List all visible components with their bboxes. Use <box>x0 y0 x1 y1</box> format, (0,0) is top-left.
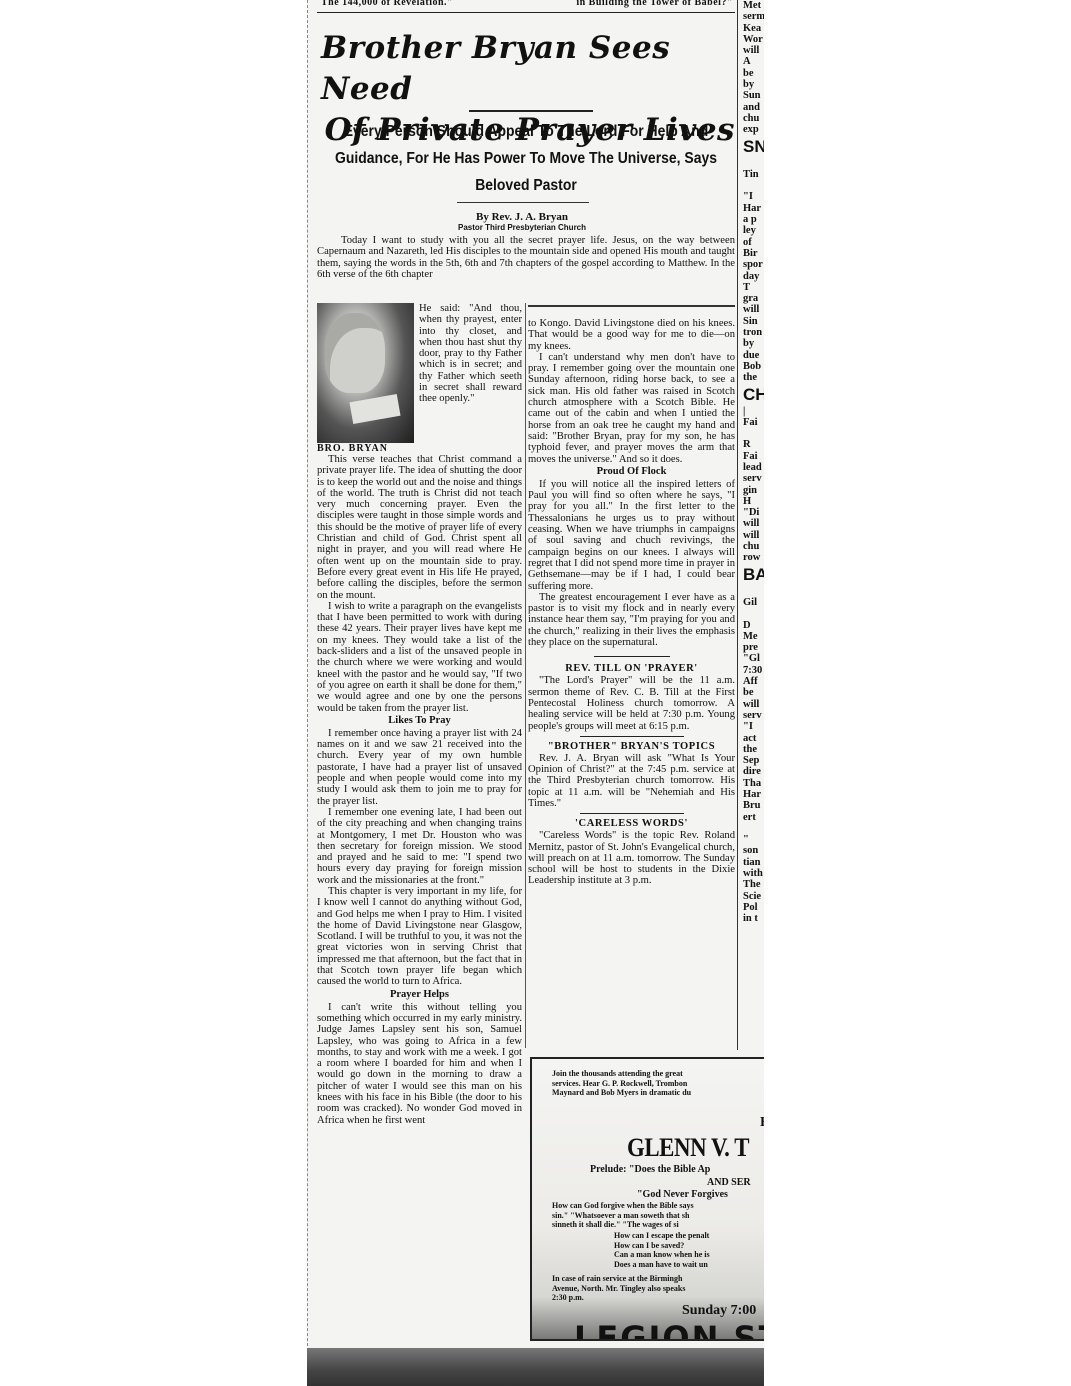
adjacent-fragment: act <box>743 733 764 744</box>
adjacent-fragment: serv <box>743 710 764 721</box>
adjacent-fragment: Sin <box>743 316 764 327</box>
brief-divider <box>580 736 684 737</box>
adjacent-fragment: CH <box>743 384 764 406</box>
adjacent-fragment: the <box>743 744 764 755</box>
adjacent-fragment: be <box>743 68 764 79</box>
ad-time: Sunday 7:00 <box>682 1303 756 1319</box>
ad-question: Does a man have to wait un <box>614 1260 710 1270</box>
ad-intro-line: Maynard and Bob Myers in dramatic du <box>552 1088 764 1098</box>
subhead-likes-to-pray: Likes To Pray <box>317 715 522 727</box>
paragraph: I can't write this without telling you s… <box>317 1002 522 1126</box>
adjacent-fragment: son <box>743 845 764 856</box>
adjacent-fragment: Wor <box>743 34 764 45</box>
adjacent-fragment: Tha <box>743 778 764 789</box>
adjacent-fragment: with <box>743 868 764 879</box>
adjacent-fragment: A <box>743 56 764 67</box>
newspaper-clipping: The 144,000 of Revelation." in Building … <box>307 0 764 1386</box>
adjacent-fragment: Aff <box>743 676 764 687</box>
adjacent-fragment: ley <box>743 225 764 236</box>
adjacent-fragment: chu <box>743 113 764 124</box>
adjacent-fragment: Pol <box>743 902 764 913</box>
adjacent-fragment: Bob <box>743 361 764 372</box>
adjacent-fragment: Kea <box>743 23 764 34</box>
byline-rule <box>457 202 589 203</box>
ad-rain-notice: In case of rain service at the Birmingh … <box>552 1274 686 1303</box>
adjacent-fragment: the <box>743 372 764 383</box>
adjacent-fragment: Har <box>743 789 764 800</box>
brief-headline: REV. TILL ON 'PRAYER' <box>528 663 735 675</box>
adjacent-fragment: tron <box>743 327 764 338</box>
adjacent-fragment: lead <box>743 462 764 473</box>
adjacent-fragment: Sep <box>743 755 764 766</box>
ad-line: 2:30 p.m. <box>552 1293 686 1303</box>
adjacent-fragment: spor <box>743 259 764 270</box>
ad-speaker-name: GLENN V. T <box>627 1133 749 1163</box>
previous-article-fragments: The 144,000 of Revelation." in Building … <box>321 0 733 12</box>
adjacent-fragment: dire <box>743 766 764 777</box>
ad-line: How can God forgive when the Bible says <box>552 1201 694 1211</box>
top-left-fragment: The 144,000 of Revelation." <box>321 0 453 12</box>
brief-headline: "BROTHER" BRYAN'S TOPICS <box>528 741 735 753</box>
adjacent-fragment: "I <box>743 191 764 202</box>
portrait-figure: BRO. BRYAN <box>317 303 414 454</box>
adjacent-fragment: be <box>743 687 764 698</box>
brief-headline: 'CARELESS WORDS' <box>528 818 735 830</box>
adjacent-fragment: Me <box>743 631 764 642</box>
ad-hear: Hear <box>760 1115 764 1131</box>
column-separator <box>525 303 526 1048</box>
adjacent-fragment: a p <box>743 214 764 225</box>
headline-rule <box>469 110 593 112</box>
adjacent-fragment: gra <box>743 293 764 304</box>
ad-content: Join the thousands attending the great s… <box>552 1069 764 1098</box>
brief-till: REV. TILL ON 'PRAYER' "The Lord's Prayer… <box>528 663 735 731</box>
ad-intro-line: services. Hear G. P. Rockwell, Trombon <box>552 1079 764 1089</box>
ad-question: How can I be saved? <box>614 1241 710 1251</box>
adjacent-fragment <box>743 428 764 439</box>
adjacent-fragment: Gil <box>743 597 764 608</box>
scan-shadow <box>307 1348 764 1386</box>
adjacent-fragment: | <box>743 406 764 417</box>
ad-line: sinneth it shall die." "The wages of si <box>552 1220 694 1230</box>
adjacent-fragment: will <box>743 699 764 710</box>
ad-venue: LEGION ST <box>574 1319 764 1341</box>
adjacent-fragment: SN <box>743 136 764 158</box>
adjacent-fragment: chu <box>743 541 764 552</box>
adjacent-fragment: will <box>743 530 764 541</box>
adjacent-fragment: by <box>743 79 764 90</box>
adjacent-fragment <box>743 608 764 619</box>
subhead-proud-of-flock: Proud Of Flock <box>528 466 735 478</box>
adjacent-fragment: Fai <box>743 417 764 428</box>
adjacent-fragment: gin <box>743 485 764 496</box>
article-column-2: to Kongo. David Livingstone died on his … <box>528 318 735 887</box>
byline: By Rev. J. A. Bryan Pastor Third Presbyt… <box>307 212 737 232</box>
adjacent-fragment: will <box>743 45 764 56</box>
brief-careless-words: 'CARELESS WORDS' "Careless Words" is the… <box>528 818 735 886</box>
ad-intro-line: Join the thousands attending the great <box>552 1069 764 1079</box>
adjacent-fragment: Tin <box>743 169 764 180</box>
adjacent-fragment: serm <box>743 11 764 22</box>
adjacent-fragment: of <box>743 237 764 248</box>
portrait-collar <box>349 394 400 424</box>
adjacent-fragment: Bru <box>743 800 764 811</box>
paragraph: If you will notice all the inspired lett… <box>528 479 735 592</box>
paragraph: I wish to write a paragraph on the evang… <box>317 601 522 714</box>
adjacent-fragment: will <box>743 304 764 315</box>
torn-left-edge <box>307 0 310 1386</box>
paragraph: This verse teaches that Christ command a… <box>317 454 522 601</box>
adjacent-fragment: "I <box>743 721 764 732</box>
adjacent-fragment: due <box>743 350 764 361</box>
ad-question: Can a man know when he is <box>614 1250 710 1260</box>
subhead-prayer-helps: Prayer Helps <box>317 989 522 1001</box>
adjacent-fragment <box>743 823 764 834</box>
column-rule-right <box>528 305 735 307</box>
adjacent-fragment: row <box>743 552 764 563</box>
brief-body: "Careless Words" is the topic Rev. Rolan… <box>528 830 735 886</box>
article-end-rule <box>594 656 670 657</box>
byline-title: Pastor Third Presbyterian Church <box>307 223 737 232</box>
adjacent-fragment: T <box>743 282 764 293</box>
adjacent-fragment: BA <box>743 564 764 586</box>
ad-prelude: Prelude: "Does the Bible Ap <box>590 1164 710 1175</box>
adjacent-column-fragments: MetsermKeaWorwillAbebySunandchuexpSN Tin… <box>743 0 764 1050</box>
adjacent-fragment: Fai <box>743 451 764 462</box>
portrait-face <box>325 313 385 393</box>
article-column-1: BRO. BRYAN He said: "And thou, when thy … <box>317 303 522 1126</box>
adjacent-fragment: serv <box>743 473 764 484</box>
ad-line: sin." "Whatsoever a man soweth that sh <box>552 1211 694 1221</box>
photo-caption: BRO. BRYAN <box>317 443 414 454</box>
adjacent-fragment: " <box>743 834 764 845</box>
headline-line-1: Brother Bryan Sees Need <box>317 28 737 110</box>
ad-sermon-description: How can God forgive when the Bible says … <box>552 1201 694 1230</box>
ad-line: Avenue, North. Mr. Tingley also speaks <box>552 1284 686 1294</box>
adjacent-fragment: "Di <box>743 507 764 518</box>
adjacent-fragment: by <box>743 338 764 349</box>
adjacent-fragment: Scie <box>743 891 764 902</box>
adjacent-fragment: exp <box>743 124 764 135</box>
adjacent-fragment <box>743 180 764 191</box>
top-right-fragment: in Building the Tower of Babel?" <box>576 0 733 12</box>
brief-body: Rev. J. A. Bryan will ask "What Is Your … <box>528 753 735 809</box>
subheadline-deck: Every Person Should Appeal To The Lord F… <box>334 118 717 199</box>
brief-divider <box>580 813 684 814</box>
adjacent-fragment: pre <box>743 642 764 653</box>
paragraph: I remember one evening late, I had been … <box>317 807 522 886</box>
paragraph: to Kongo. David Livingstone died on his … <box>528 318 735 352</box>
adjacent-fragment: H <box>743 496 764 507</box>
adjacent-fragment: will <box>743 518 764 529</box>
adjacent-fragment: 7:30 <box>743 665 764 676</box>
brief-body: "The Lord's Prayer" will be the 11 a.m. … <box>528 675 735 731</box>
adjacent-fragment: tian <box>743 857 764 868</box>
adjacent-fragment: The <box>743 879 764 890</box>
paragraph: I remember once having a prayer list wit… <box>317 728 522 807</box>
column-divider-right <box>737 0 738 1050</box>
ad-and-sermon: AND SER <box>707 1177 751 1188</box>
revival-advertisement: Join the thousands attending the great s… <box>530 1057 764 1341</box>
adjacent-fragment <box>743 586 764 597</box>
portrait-photo <box>317 303 414 443</box>
lead-paragraph: Today I want to study with you all the s… <box>317 235 735 280</box>
adjacent-fragment <box>743 158 764 169</box>
adjacent-fragment: Bir <box>743 248 764 259</box>
ad-questions: How can I escape the penalt How can I be… <box>614 1231 710 1269</box>
adjacent-fragment: Har <box>743 203 764 214</box>
ad-question: How can I escape the penalt <box>614 1231 710 1241</box>
ad-sermon-title: "God Never Forgives <box>637 1189 728 1200</box>
adjacent-fragment: Sun <box>743 90 764 101</box>
paragraph: I can't understand why men don't have to… <box>528 352 735 465</box>
adjacent-fragment: D <box>743 620 764 631</box>
adjacent-fragment: day <box>743 271 764 282</box>
paragraph: This chapter is very important in my lif… <box>317 886 522 988</box>
adjacent-fragment: R <box>743 439 764 450</box>
adjacent-fragment: ert <box>743 812 764 823</box>
ad-line: In case of rain service at the Birmingh <box>552 1274 686 1284</box>
brief-bryan-topics: "BROTHER" BRYAN'S TOPICS Rev. J. A. Brya… <box>528 741 735 809</box>
adjacent-fragment: and <box>743 102 764 113</box>
paragraph: The greatest encouragement I ever have a… <box>528 592 735 648</box>
byline-author: By Rev. J. A. Bryan <box>476 211 568 223</box>
top-divider <box>317 12 735 13</box>
adjacent-fragment: in t <box>743 913 764 924</box>
adjacent-fragment: "Gl <box>743 653 764 664</box>
adjacent-fragment: Met <box>743 0 764 11</box>
